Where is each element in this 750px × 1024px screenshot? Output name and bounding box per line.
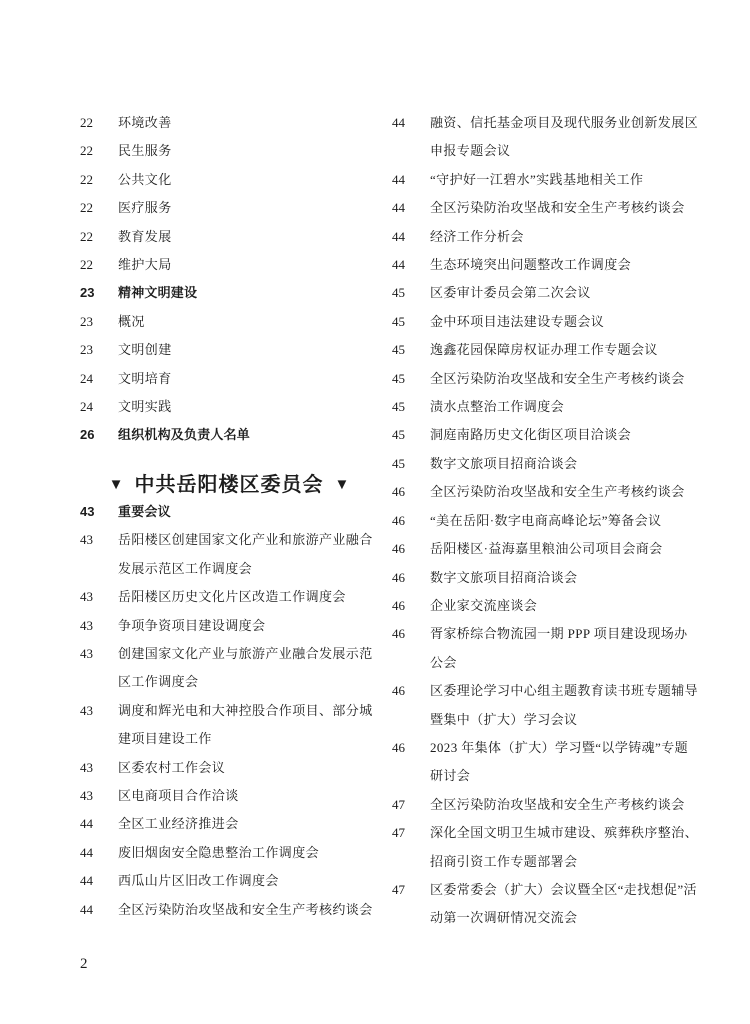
entry-page-number: 46 — [392, 592, 430, 620]
entry-title: 胥家桥综合物流园一期 PPP 项目建设现场办公会 — [430, 620, 700, 677]
entry-title: 西瓜山片区旧改工作调度会 — [118, 867, 376, 895]
entry-title: 全区污染防治攻坚战和安全生产考核约谈会 — [430, 194, 700, 222]
toc-entry: 47 全区污染防治攻坚战和安全生产考核约谈会 — [392, 791, 702, 819]
toc-entry: 46 “美在岳阳·数字电商高峰论坛”筹备会议 — [392, 507, 702, 535]
toc-entry: 44 全区污染防治攻坚战和安全生产考核约谈会 — [80, 896, 378, 924]
entry-title: 创建国家文化产业与旅游产业融合发展示范区工作调度会 — [118, 640, 376, 697]
entry-title: 区委农村工作会议 — [118, 754, 376, 782]
entry-page-number: 47 — [392, 876, 430, 904]
toc-entry: 22 环境改善 — [80, 109, 378, 137]
entry-page-number: 45 — [392, 336, 430, 364]
entry-title: 岳阳楼区历史文化片区改造工作调度会 — [118, 583, 376, 611]
triangle-down-icon: ▼ — [335, 473, 350, 498]
entry-page-number: 47 — [392, 791, 430, 819]
entry-title: 重要会议 — [118, 498, 376, 526]
toc-entry: 46 区委理论学习中心组主题教育读书班专题辅导暨集中（扩大）学习会议 — [392, 677, 702, 734]
entry-title: 民生服务 — [118, 137, 376, 165]
toc-entry: 43 争项争资项目建设调度会 — [80, 612, 378, 640]
toc-entry: 43 岳阳楼区历史文化片区改造工作调度会 — [80, 583, 378, 611]
entry-title: “美在岳阳·数字电商高峰论坛”筹备会议 — [430, 507, 700, 535]
entry-page-number: 43 — [80, 754, 118, 782]
toc-entry: 44 全区污染防治攻坚战和安全生产考核约谈会 — [392, 194, 702, 222]
entry-title: 概况 — [118, 308, 376, 336]
toc-entry: 45 全区污染防治攻坚战和安全生产考核约谈会 — [392, 365, 702, 393]
entry-title: 文明培育 — [118, 365, 376, 393]
entry-title: 区委理论学习中心组主题教育读书班专题辅导暨集中（扩大）学习会议 — [430, 677, 700, 734]
entry-title: 精神文明建设 — [118, 279, 376, 307]
entry-page-number: 46 — [392, 677, 430, 705]
toc-entry: 23 精神文明建设 — [80, 279, 378, 307]
entry-title: 深化全国文明卫生城市建设、殡葬秩序整治、招商引资工作专题部署会 — [430, 819, 700, 876]
toc-entry: 43 创建国家文化产业与旅游产业融合发展示范区工作调度会 — [80, 640, 378, 697]
entry-page-number: 45 — [392, 308, 430, 336]
entry-page-number: 43 — [80, 782, 118, 810]
entry-title: 维护大局 — [118, 251, 376, 279]
entry-page-number: 43 — [80, 498, 118, 526]
toc-entry: 44 经济工作分析会 — [392, 223, 702, 251]
entry-title: 数字文旅项目招商洽谈会 — [430, 450, 700, 478]
entry-page-number: 22 — [80, 251, 118, 279]
entry-page-number: 24 — [80, 365, 118, 393]
toc-entry: 44 废旧烟囱安全隐患整治工作调度会 — [80, 839, 378, 867]
entry-page-number: 44 — [80, 839, 118, 867]
entry-title: 经济工作分析会 — [430, 223, 700, 251]
entry-title: 文明实践 — [118, 393, 376, 421]
toc-entry: 43 重要会议 — [80, 498, 378, 526]
entry-title: 废旧烟囱安全隐患整治工作调度会 — [118, 839, 376, 867]
toc-entry: 47 深化全国文明卫生城市建设、殡葬秩序整治、招商引资工作专题部署会 — [392, 819, 702, 876]
toc-entry: 43 区电商项目合作洽谈 — [80, 782, 378, 810]
toc-entry: 44 “守护好一江碧水”实践基地相关工作 — [392, 166, 702, 194]
section-heading-title: 中共岳阳楼区委员会 — [135, 473, 324, 498]
entry-page-number: 44 — [80, 810, 118, 838]
entry-title: 洞庭南路历史文化街区项目洽谈会 — [430, 421, 700, 449]
toc-entry: 45 金中环项目违法建设专题会议 — [392, 308, 702, 336]
section-heading-cpc-committee: ▼ 中共岳阳楼区委员会 ▼ — [80, 450, 378, 498]
entry-title: 文明创建 — [118, 336, 376, 364]
toc-entry: 43 岳阳楼区创建国家文化产业和旅游产业融合发展示范区工作调度会 — [80, 526, 378, 583]
toc-entry: 46 数字文旅项目招商洽谈会 — [392, 564, 702, 592]
triangle-down-icon: ▼ — [109, 473, 124, 498]
entry-title: 公共文化 — [118, 166, 376, 194]
entry-page-number: 46 — [392, 564, 430, 592]
entry-title: 渍水点整治工作调度会 — [430, 393, 700, 421]
entry-page-number: 46 — [392, 734, 430, 762]
toc-entry: 46 2023 年集体（扩大）学习暨“以学铸魂”专题研讨会 — [392, 734, 702, 791]
toc-right-entries: 44 融资、信托基金项目及现代服务业创新发展区申报专题会议 44 “守护好一江碧… — [392, 109, 702, 933]
toc-entry: 22 医疗服务 — [80, 194, 378, 222]
toc-entry: 45 逸鑫花园保障房权证办理工作专题会议 — [392, 336, 702, 364]
entry-page-number: 47 — [392, 819, 430, 847]
entry-title: 环境改善 — [118, 109, 376, 137]
entry-page-number: 22 — [80, 194, 118, 222]
entry-title: 区委审计委员会第二次会议 — [430, 279, 700, 307]
toc-entry: 44 融资、信托基金项目及现代服务业创新发展区申报专题会议 — [392, 109, 702, 166]
toc-entry: 22 维护大局 — [80, 251, 378, 279]
toc-left-column: 22 环境改善 22 民生服务 22 公共文化 22 医疗服务 22 教育发展 — [80, 109, 378, 924]
toc-entry: 46 全区污染防治攻坚战和安全生产考核约谈会 — [392, 478, 702, 506]
entry-page-number: 22 — [80, 166, 118, 194]
entry-page-number: 43 — [80, 697, 118, 725]
toc-entry: 45 区委审计委员会第二次会议 — [392, 279, 702, 307]
toc-entry: 22 教育发展 — [80, 223, 378, 251]
entry-page-number: 44 — [392, 251, 430, 279]
toc-entry: 24 文明培育 — [80, 365, 378, 393]
entry-title: 数字文旅项目招商洽谈会 — [430, 564, 700, 592]
entry-title: 区电商项目合作洽谈 — [118, 782, 376, 810]
toc-entry: 45 渍水点整治工作调度会 — [392, 393, 702, 421]
toc-right-column: 44 融资、信托基金项目及现代服务业创新发展区申报专题会议 44 “守护好一江碧… — [392, 109, 702, 933]
toc-entry: 45 洞庭南路历史文化街区项目洽谈会 — [392, 421, 702, 449]
entry-page-number: 43 — [80, 583, 118, 611]
entry-title: 全区工业经济推进会 — [118, 810, 376, 838]
toc-entry: 46 岳阳楼区·益海嘉里粮油公司项目会商会 — [392, 535, 702, 563]
entry-page-number: 45 — [392, 421, 430, 449]
entry-title: 企业家交流座谈会 — [430, 592, 700, 620]
toc-entry: 44 西瓜山片区旧改工作调度会 — [80, 867, 378, 895]
entry-page-number: 43 — [80, 526, 118, 554]
entry-page-number: 22 — [80, 109, 118, 137]
entry-page-number: 44 — [392, 109, 430, 137]
entry-page-number: 44 — [392, 223, 430, 251]
entry-title: 全区污染防治攻坚战和安全生产考核约谈会 — [430, 478, 700, 506]
entry-page-number: 45 — [392, 365, 430, 393]
toc-entry: 26 组织机构及负责人名单 — [80, 421, 378, 449]
entry-page-number: 43 — [80, 612, 118, 640]
toc-entry: 22 民生服务 — [80, 137, 378, 165]
entry-page-number: 43 — [80, 640, 118, 668]
entry-page-number: 23 — [80, 308, 118, 336]
entry-page-number: 22 — [80, 223, 118, 251]
entry-page-number: 45 — [392, 279, 430, 307]
entry-title: “守护好一江碧水”实践基地相关工作 — [430, 166, 700, 194]
entry-page-number: 44 — [392, 194, 430, 222]
entry-title: 全区污染防治攻坚战和安全生产考核约谈会 — [430, 365, 700, 393]
entry-page-number: 22 — [80, 137, 118, 165]
toc-entry: 44 生态环境突出问题整改工作调度会 — [392, 251, 702, 279]
entry-title: 岳阳楼区·益海嘉里粮油公司项目会商会 — [430, 535, 700, 563]
entry-title: 调度和辉光电和大神控股合作项目、部分城建项目建设工作 — [118, 697, 376, 754]
entry-title: 全区污染防治攻坚战和安全生产考核约谈会 — [118, 896, 376, 924]
entry-title: 全区污染防治攻坚战和安全生产考核约谈会 — [430, 791, 700, 819]
entry-title: 岳阳楼区创建国家文化产业和旅游产业融合发展示范区工作调度会 — [118, 526, 376, 583]
entry-title: 争项争资项目建设调度会 — [118, 612, 376, 640]
entry-page-number: 45 — [392, 450, 430, 478]
entry-page-number: 44 — [80, 867, 118, 895]
toc-entry: 23 文明创建 — [80, 336, 378, 364]
entry-title: 生态环境突出问题整改工作调度会 — [430, 251, 700, 279]
entry-page-number: 23 — [80, 279, 118, 307]
entry-title: 金中环项目违法建设专题会议 — [430, 308, 700, 336]
entry-title: 区委常委会（扩大）会议暨全区“走找想促”活动第一次调研情况交流会 — [430, 876, 700, 933]
entry-title: 2023 年集体（扩大）学习暨“以学铸魂”专题研讨会 — [430, 734, 700, 791]
toc-entry: 23 概况 — [80, 308, 378, 336]
page-number-footer: 2 — [80, 954, 88, 974]
toc-entry: 46 企业家交流座谈会 — [392, 592, 702, 620]
entry-title: 组织机构及负责人名单 — [118, 421, 376, 449]
entry-page-number: 24 — [80, 393, 118, 421]
entry-title: 教育发展 — [118, 223, 376, 251]
entry-title: 融资、信托基金项目及现代服务业创新发展区申报专题会议 — [430, 109, 700, 166]
entry-page-number: 23 — [80, 336, 118, 364]
toc-entry: 24 文明实践 — [80, 393, 378, 421]
entry-title: 逸鑫花园保障房权证办理工作专题会议 — [430, 336, 700, 364]
toc-entry: 43 区委农村工作会议 — [80, 754, 378, 782]
toc-entry: 46 胥家桥综合物流园一期 PPP 项目建设现场办公会 — [392, 620, 702, 677]
toc-left-entries-top: 22 环境改善 22 民生服务 22 公共文化 22 医疗服务 22 教育发展 — [80, 109, 378, 450]
entry-page-number: 26 — [80, 421, 118, 449]
entry-page-number: 44 — [80, 896, 118, 924]
toc-entry: 47 区委常委会（扩大）会议暨全区“走找想促”活动第一次调研情况交流会 — [392, 876, 702, 933]
toc-entry: 22 公共文化 — [80, 166, 378, 194]
toc-entry: 44 全区工业经济推进会 — [80, 810, 378, 838]
entry-page-number: 44 — [392, 166, 430, 194]
entry-title: 医疗服务 — [118, 194, 376, 222]
entry-page-number: 45 — [392, 393, 430, 421]
toc-left-entries-bottom: 43 重要会议 43 岳阳楼区创建国家文化产业和旅游产业融合发展示范区工作调度会… — [80, 498, 378, 924]
toc-entry: 45 数字文旅项目招商洽谈会 — [392, 450, 702, 478]
toc-entry: 43 调度和辉光电和大神控股合作项目、部分城建项目建设工作 — [80, 697, 378, 754]
entry-page-number: 46 — [392, 535, 430, 563]
entry-page-number: 46 — [392, 620, 430, 648]
entry-page-number: 46 — [392, 507, 430, 535]
entry-page-number: 46 — [392, 478, 430, 506]
